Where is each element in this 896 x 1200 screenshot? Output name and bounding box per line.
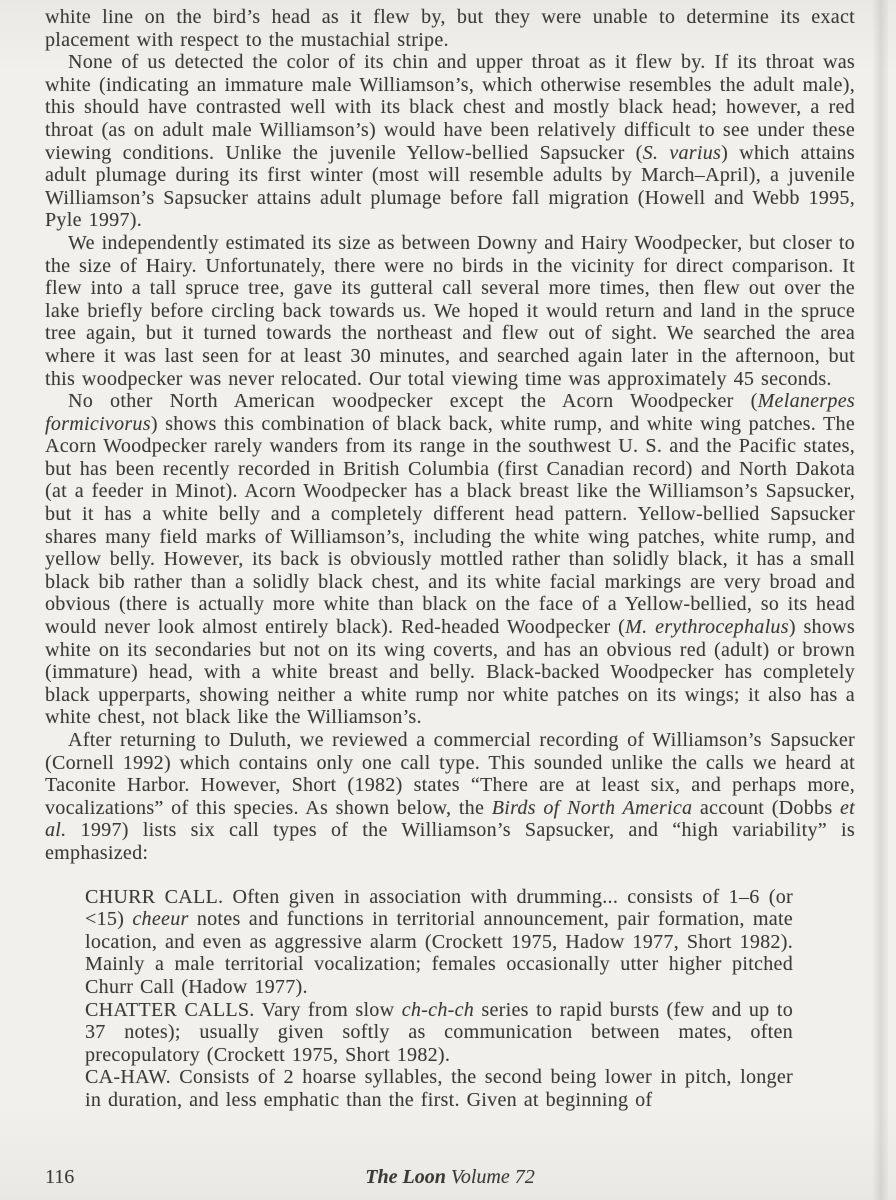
call-types-blockquote: CHURR CALL. Often given in association w… [85,886,793,1112]
scan-edge-shadow [872,0,888,1200]
quote-paragraph-churr-call: CHURR CALL. Often given in association w… [85,886,793,999]
paragraph-recording-review: After returning to Duluth, we reviewed a… [45,729,855,865]
quote-paragraph-chatter-calls: CHATTER CALLS. Vary from slow ch-ch-ch s… [85,999,793,1067]
paragraph-continuation: white line on the bird’s head as it flew… [45,6,855,51]
article-body: white line on the bird’s head as it flew… [45,6,855,1112]
journal-page: white line on the bird’s head as it flew… [0,0,896,1200]
paragraph-size-estimate: We independently estimated its size as b… [45,232,855,390]
footer-journal-title: The Loon [365,1166,446,1188]
footer-volume: Volume 72 [451,1166,535,1188]
page-footer: 116 The Loon Volume 72 [45,1166,855,1192]
paragraph-species-comparison: No other North American woodpecker excep… [45,390,855,729]
footer-page-number: 116 [45,1166,74,1189]
paragraph-throat-color: None of us detected the color of its chi… [45,51,855,232]
quote-paragraph-ca-haw: CA-HAW. Consists of 2 hoarse syllables, … [85,1066,793,1111]
footer-journal-line: The Loon Volume 72 [365,1166,534,1189]
